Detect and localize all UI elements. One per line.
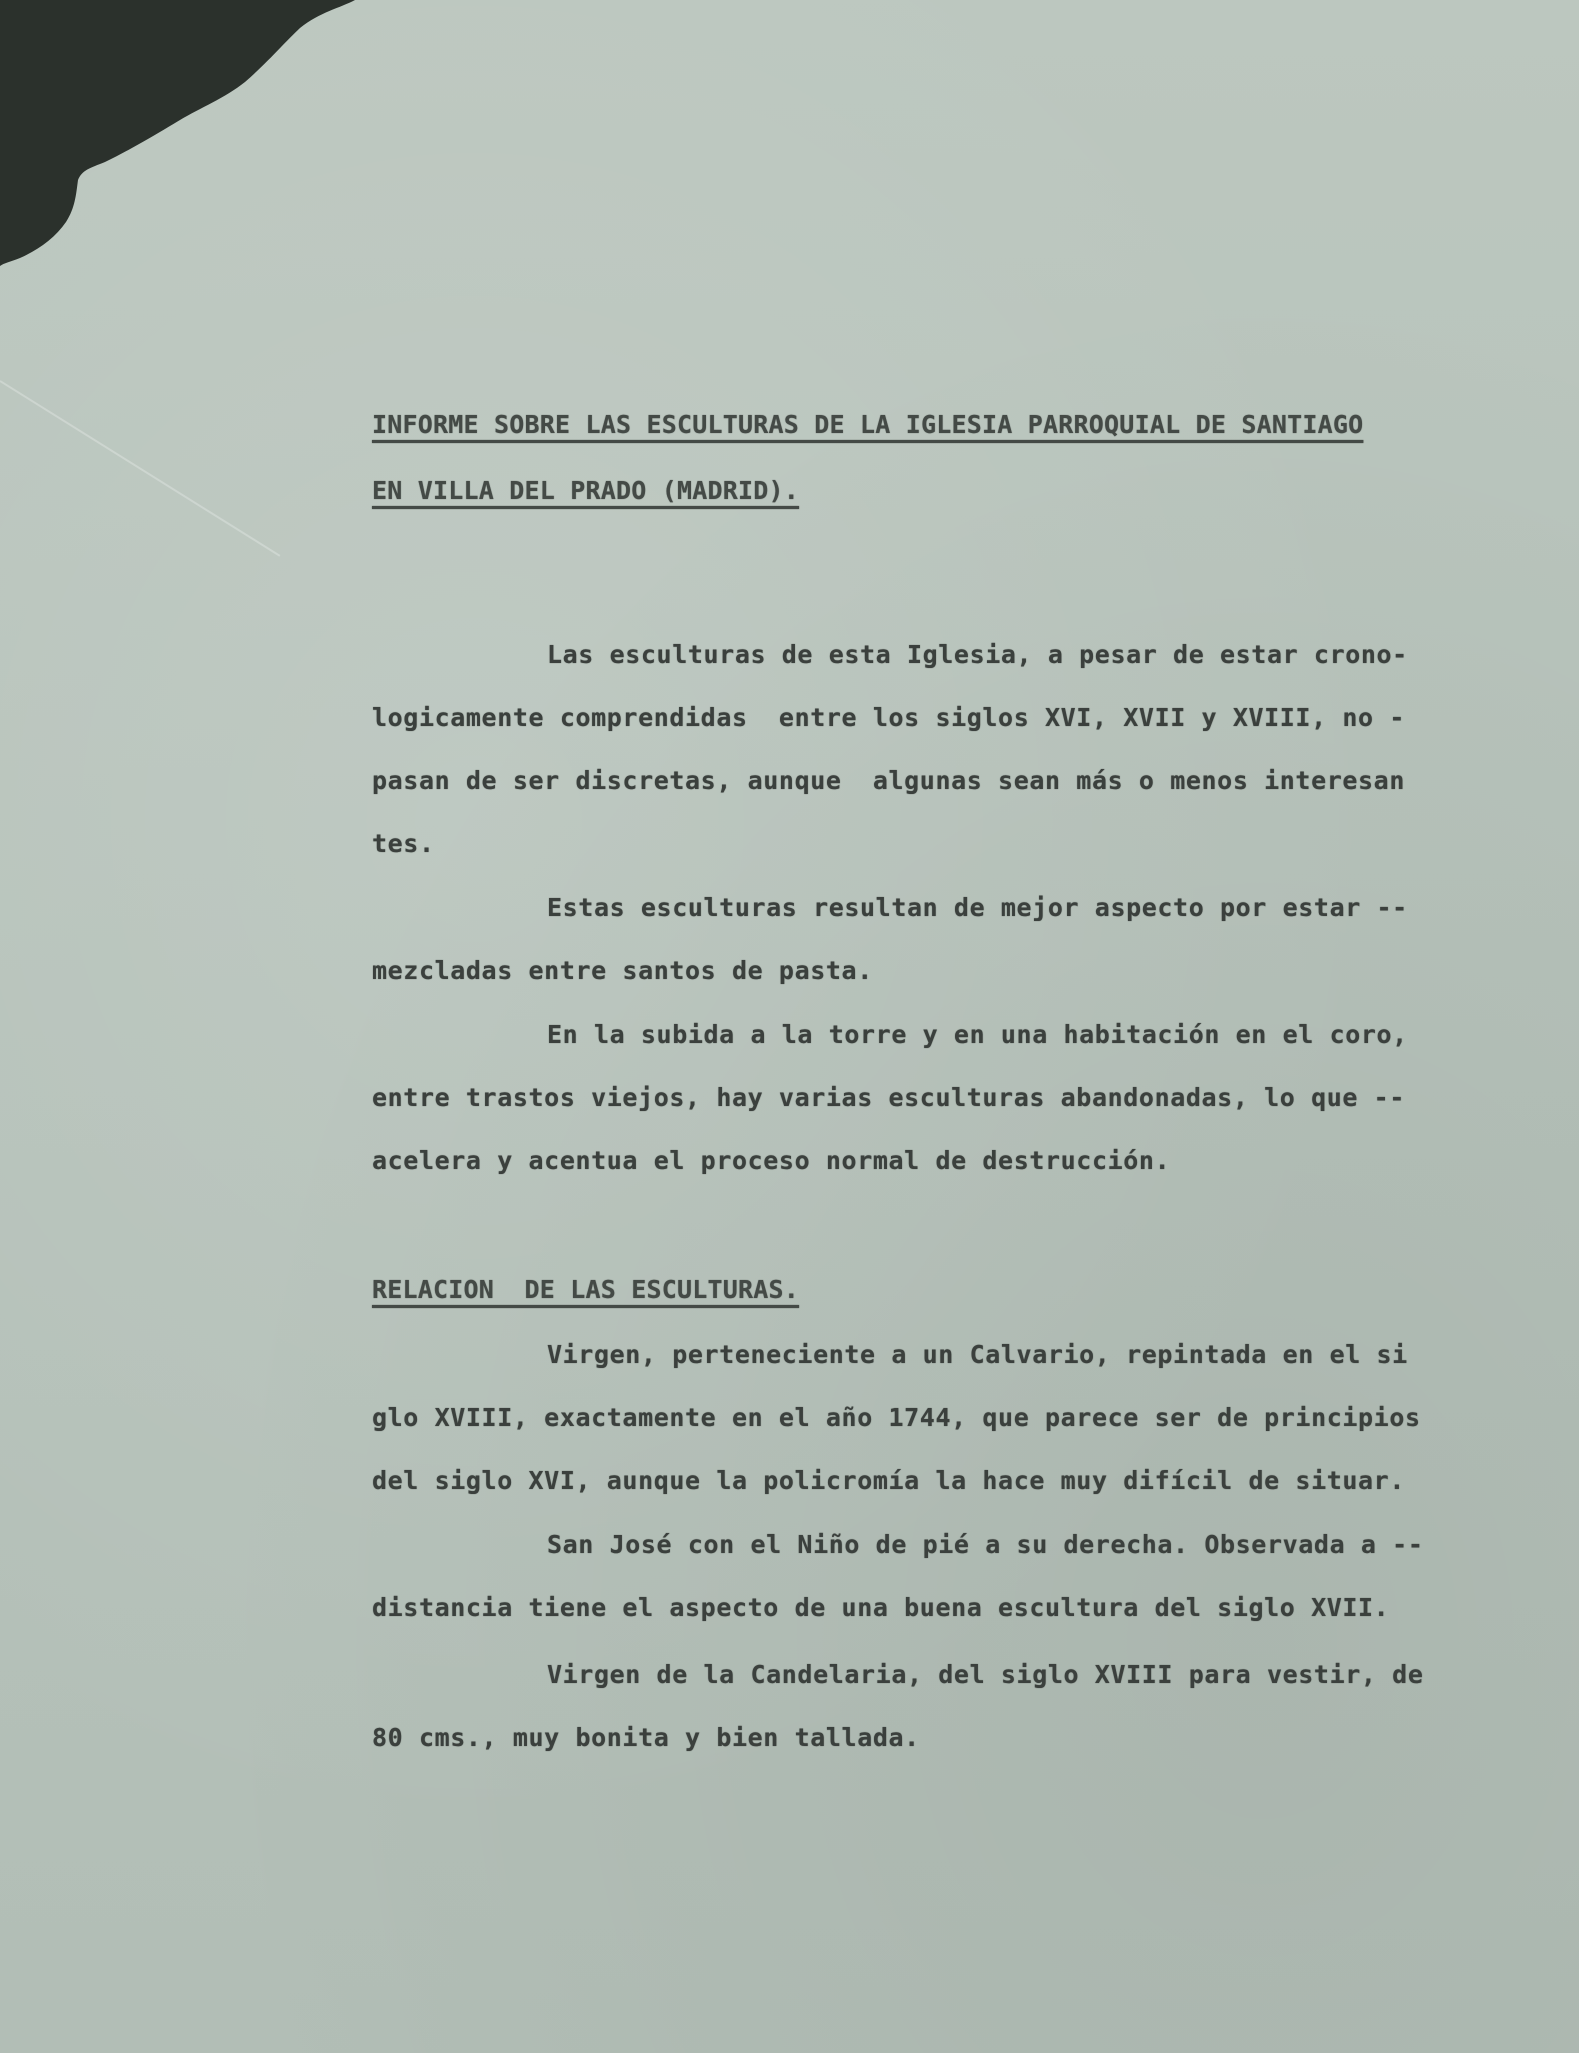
intro-p1-line-3: pasan de ser discretas, aunque algunas s…: [372, 766, 1405, 795]
intro-p3-line-3: acelera y acentua el proceso normal de d…: [372, 1146, 1170, 1175]
document-title-line-2: EN VILLA DEL PRADO (MADRID).: [372, 476, 799, 505]
document-title-line-1: INFORME SOBRE LAS ESCULTURAS DE LA IGLES…: [372, 410, 1363, 439]
sculpture-2-line-1: San José con el Niño de pié a su derecha…: [547, 1530, 1423, 1559]
intro-p2-line-2: mezcladas entre santos de pasta.: [372, 956, 873, 985]
torn-corner-background: [0, 0, 360, 270]
intro-p3-line-2: entre trastos viejos, hay varias escultu…: [372, 1083, 1405, 1112]
sculpture-1-line-3: del siglo XVI, aunque la policromía la h…: [372, 1466, 1405, 1495]
sculpture-2-line-2: distancia tiene el aspecto de una buena …: [372, 1593, 1389, 1622]
intro-p1-line-2: logicamente comprendidas entre los siglo…: [372, 703, 1405, 732]
sculpture-1-line-2: glo XVIII, exactamente en el año 1744, q…: [372, 1403, 1421, 1432]
intro-p2-line-1: Estas esculturas resultan de mejor aspec…: [547, 893, 1408, 922]
sculpture-3-line-1: Virgen de la Candelaria, del siglo XVIII…: [547, 1660, 1423, 1689]
sculpture-3-line-2: 80 cms., muy bonita y bien tallada.: [372, 1723, 920, 1752]
intro-p1-line-4: tes.: [372, 829, 435, 858]
sculpture-1-line-1: Virgen, perteneciente a un Calvario, rep…: [547, 1340, 1408, 1369]
intro-p1-line-1: Las esculturas de esta Iglesia, a pesar …: [547, 640, 1408, 669]
section-heading: RELACION DE LAS ESCULTURAS.: [372, 1275, 799, 1304]
intro-p3-line-1: En la subida a la torre y en una habitac…: [547, 1020, 1408, 1049]
